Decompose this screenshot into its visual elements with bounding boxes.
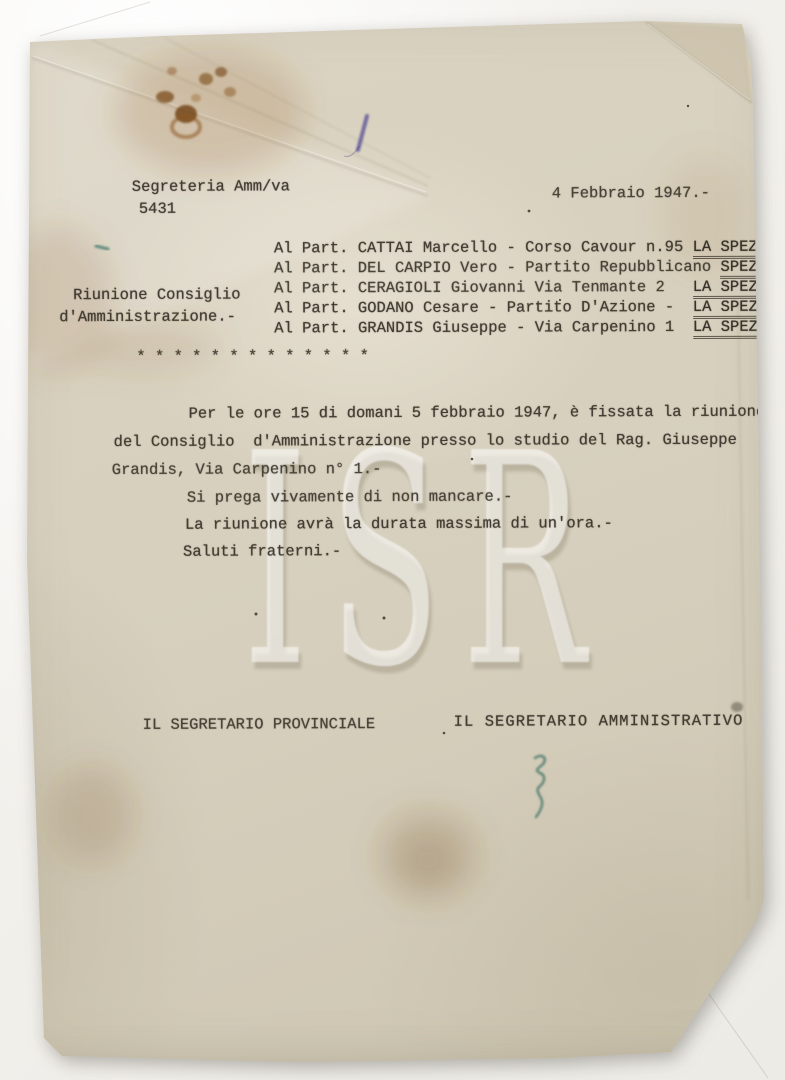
recipient-city: LA SPEZI xyxy=(693,238,767,259)
signature-right: IL SEGRETARIO AMMINISTRATIVO xyxy=(454,711,744,732)
signature-left: IL SEGRETARIO PROVINCIALE xyxy=(143,714,376,735)
body-line: La riunione avrà la durata massima di un… xyxy=(185,513,613,534)
paper-sheet-wrap: ISR xyxy=(0,0,785,1080)
body-line: Saluti fraterni.- xyxy=(183,541,341,562)
scanned-document-photo: ISR xyxy=(0,0,785,1080)
recipient-city: SPEZI xyxy=(721,258,768,279)
recipient-line: Al Part. GODANO Cesare - Partito D'Azion… xyxy=(274,297,767,319)
recipient-line: Al Part. GRANDIS Giuseppe - Via Carpenin… xyxy=(274,317,767,339)
paper-sheet: ISR xyxy=(0,0,785,1080)
subject-line-2: d'Amministrazione.- xyxy=(59,307,236,328)
recipient-line: Al Part. CERAGIOLI Giovanni Via Tenmante… xyxy=(274,277,767,299)
body-line: Per le ore 15 di domani 5 febbraio 1947,… xyxy=(189,402,766,424)
asterisk-separator: * * * * * * * * * * * * * xyxy=(136,346,369,367)
body-line: Grandis, Via Carpenino n° 1.- xyxy=(112,459,382,480)
date-line: 4 Febbraio 1947.- xyxy=(552,183,710,204)
typed-content: Segreteria Amm/va 5431 4 Febbraio 1947.-… xyxy=(0,0,785,1080)
recipient-line: Al Part. DEL CARPIO Vero - Partito Repub… xyxy=(274,257,767,279)
office-line: Segreteria Amm/va xyxy=(132,176,290,197)
recipients-block: Al Part. CATTAI Marcello - Corso Cavour … xyxy=(274,237,767,339)
body-line: Si prega vivamente di non mancare.- xyxy=(187,487,513,508)
recipient-city: LA SPEZI xyxy=(693,318,767,339)
recipient-line: Al Part. CATTAI Marcello - Corso Cavour … xyxy=(274,237,767,259)
body-line: del Consiglio d'Amministrazione presso l… xyxy=(114,430,737,452)
protocol-number: 5431 xyxy=(139,199,176,219)
subject-line-1: Riunione Consiglio xyxy=(73,285,241,306)
